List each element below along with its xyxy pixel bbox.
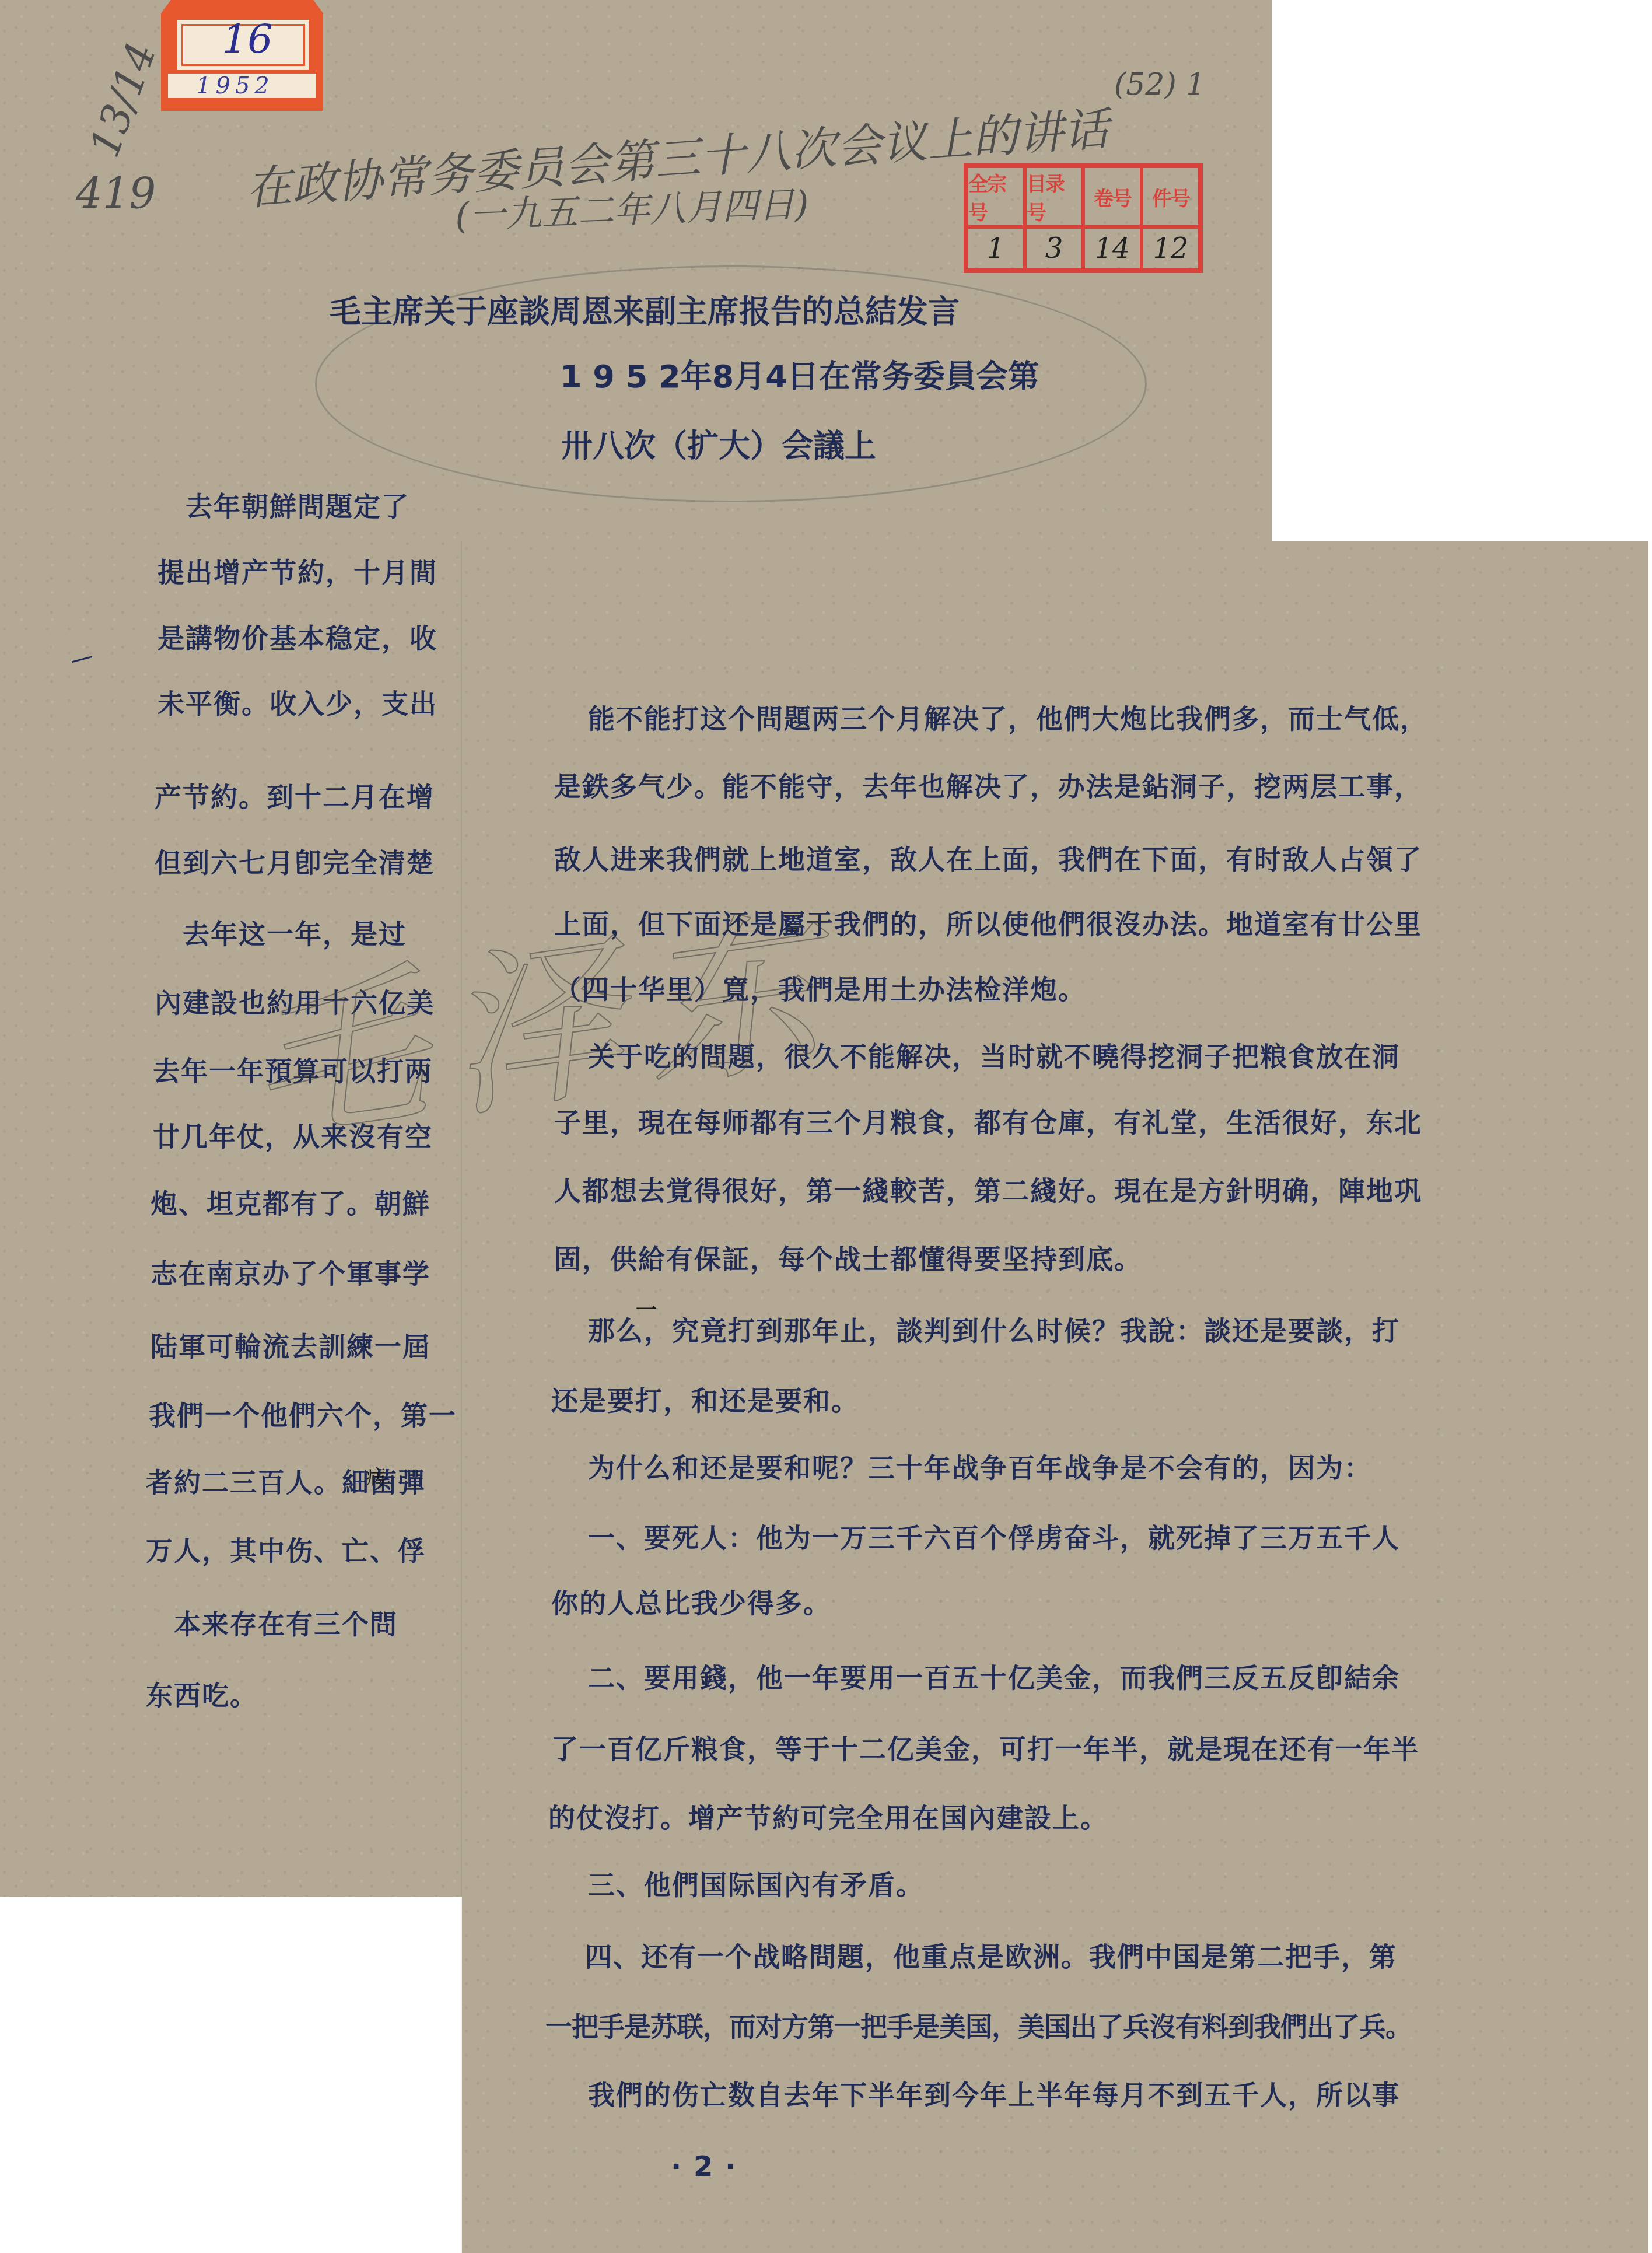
front-line: 还是要打，和还是要和。 [551,1380,859,1418]
archive-label-year: 1952 [196,72,274,99]
front-line: 三、他們国际国內有矛盾。 [560,1864,924,1902]
archive-stamp: 全宗号 目录号 卷号 件号 1 3 14 12 [964,163,1203,273]
back-line: 但到六七月卽完全清楚 [155,842,435,880]
front-line: 能不能打这个問題两三个月解决了，他們大炮比我們多，而士气低， [560,698,1428,736]
document-title: 毛主席关于座談周恩来副主席报告的总結发言 [330,287,960,332]
front-line: 的仗沒打。增产节約可完全用在国內建設上。 [548,1797,1108,1835]
back-line: 提出增产节約，十月間 [157,551,437,590]
stamp-header-volume: 卷号 [1083,166,1142,227]
front-line: 二、要用錢，他一年要用一百五十亿美金，而我們三反五反卽結余 [560,1657,1400,1695]
page-number: · 2 · [671,2150,737,2183]
stamp-header-item: 件号 [1142,166,1200,227]
back-line: 东西吃。 [146,1674,258,1713]
front-line: 你的人总比我少得多。 [551,1582,831,1621]
back-line: 炮、坦克都有了。朝鮮 [150,1183,430,1221]
back-line: 是講物价基本稳定，收 [157,617,437,656]
stamp-header-catalog: 目录号 [1025,166,1083,227]
back-line: 未平衡。收入少，支出 [157,683,437,721]
archive-label-number: 16 [222,16,273,62]
page-reference: (52) 1 [1114,67,1205,102]
front-line: 四、还有一个战略問題，他重点是欧洲。我們中国是第二把手，第 [557,1936,1397,1974]
stamp-header-fonds: 全宗号 [967,166,1025,227]
front-line: 那么，究竟打到那年止，談判到什么时候？我說：談还是要談，打 [560,1310,1400,1348]
stamp-value-item: 12 [1142,227,1200,270]
front-line: 一、要死人：他为一万三千六百个俘虏奋斗，就死掉了三万五千人 [560,1517,1400,1555]
back-line: 陆軍可輪流去訓練一屆 [150,1325,430,1364]
back-line: 产节約。到十二月在增 [155,776,435,814]
title-meeting-line: 卅八次（扩大）会議上 [561,421,876,466]
front-line: 为什么和还是要和呢？三十年战争百年战争是不会有的，因为： [560,1447,1372,1485]
archive-label: 16 1952 [161,0,323,111]
stamp-value-fonds: 1 [967,227,1025,270]
front-line: 人都想去覚得很好，第一綫較苦，第二綫好。現在是方針明确，陣地巩 [554,1170,1422,1208]
front-line: 我們的伤亡数自去年下半年到今年上半年每月不到五千人，所以事 [560,2074,1400,2112]
front-line: 是鉄多气少。能不能守，去年也解决了，办法是鉆洞子，挖两层工事， [554,765,1422,804]
correction-mark: 一 [636,1294,657,1324]
back-line: 去年朝鮮問題定了 [157,485,409,524]
title-date-line: 1 9 5 2年8月4日在常务委員会第 [560,352,1039,397]
stamp-value-volume: 14 [1083,227,1142,270]
back-line: 本来存在有三个問 [146,1603,398,1642]
front-line: 了一百亿斤粮食，等于十二亿美金，可打一年半，就是現在还有一年半 [551,1728,1419,1766]
front-line: 一把手是苏联，而对方第一把手是美国，美国出了兵沒有料到我們出了兵。 [545,2006,1412,2044]
insertion-mark: 病 [366,1461,386,1490]
back-line: 我們一个他們六个，第一 [149,1394,457,1433]
back-line: 万人，其中伤、亡、俘 [146,1530,426,1568]
back-line: 志在南京办了个軍事学 [150,1253,430,1291]
front-line: 固，供給有保証，每个战士都懂得要坚持到底。 [554,1238,1142,1276]
margin-folio: 419 [76,169,156,218]
stamp-value-catalog: 3 [1025,227,1083,270]
